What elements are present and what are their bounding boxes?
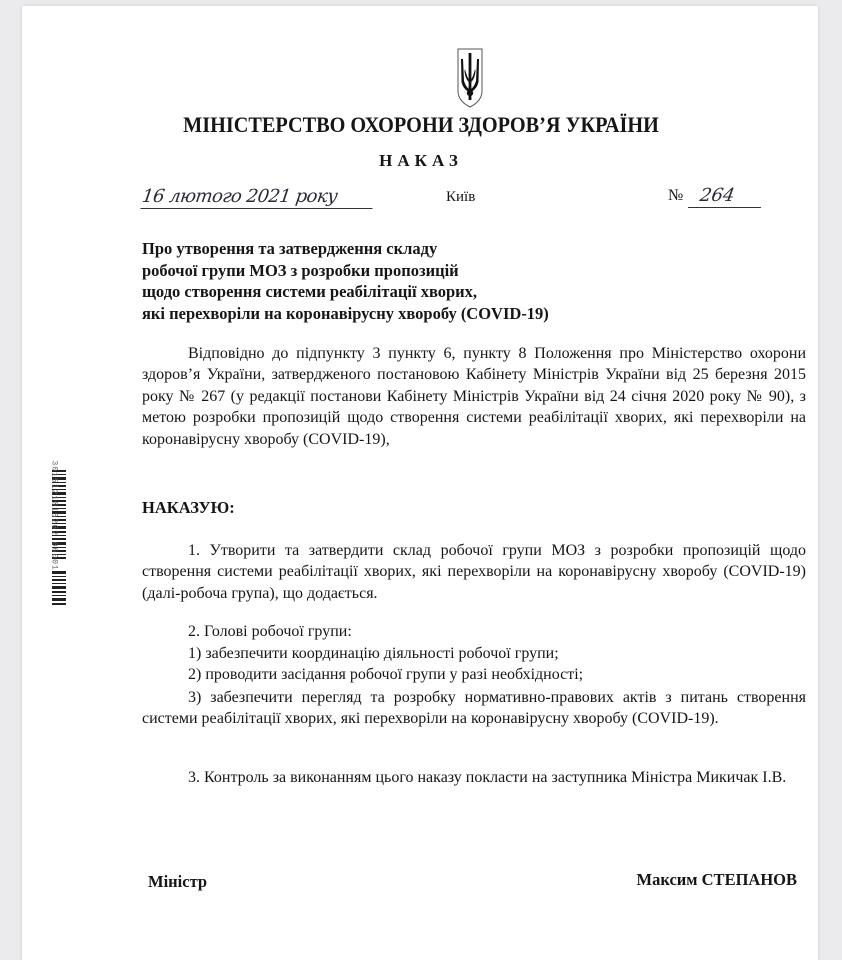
document-subject: Про утворення та затвердження складу роб…: [142, 238, 549, 324]
order-item-2-sub-1: 1) забезпечити координацію діяльності ро…: [188, 645, 559, 663]
preamble-paragraph: Відповідно до підпункту 3 пункту 6, пунк…: [142, 343, 806, 450]
order-item-1: 1. Утворити та затвердити склад робочої …: [142, 540, 806, 604]
barcode-digits: 3015121015262 06001: [50, 461, 59, 601]
subject-line: Про утворення та затвердження складу: [142, 238, 549, 260]
signatory-name: Максим СТЕПАНОВ: [637, 870, 797, 890]
coat-of-arms-icon: [456, 47, 484, 109]
order-item-2-heading: 2. Голові робочої групи:: [188, 623, 352, 641]
ministry-title: МІНІСТЕРСТВО ОХОРОНИ ЗДОРОВ’Я УКРАЇНИ: [42, 112, 800, 138]
signatory-role: Міністр: [148, 872, 207, 892]
handwritten-date: 16 лютого 2021 року: [140, 186, 375, 209]
city: Київ: [446, 189, 475, 206]
number-label: №: [668, 187, 683, 205]
order-item-3: 3. Контроль за виконанням цього наказу п…: [142, 767, 806, 788]
document-page: [22, 6, 818, 960]
subject-line: які перехворіли на коронавірусну хворобу…: [142, 303, 549, 325]
handwritten-number: 264: [688, 184, 765, 208]
subject-line: робочої групи МОЗ з розробки пропозицій: [142, 260, 549, 282]
order-item-2-sub-2: 2) проводити засідання робочої групи у р…: [188, 666, 583, 684]
barcode: 3015121015262 06001: [44, 458, 66, 608]
subject-line: щодо створення системи реабілітації хвор…: [142, 281, 549, 303]
document-type: НАКАЗ: [0, 151, 842, 171]
order-item-2-sub-3: 3) забезпечити перегляд та розробку норм…: [142, 687, 806, 730]
orders-heading: НАКАЗУЮ:: [142, 498, 235, 518]
